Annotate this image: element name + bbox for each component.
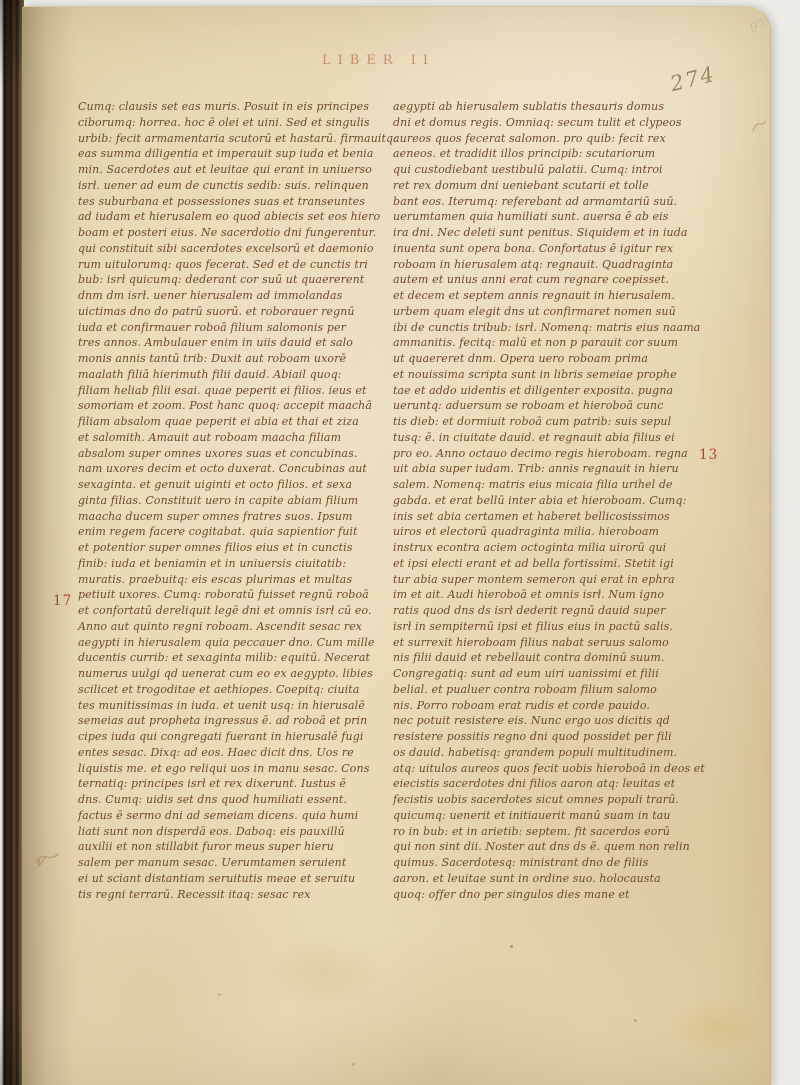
text-line: boam et posteri eius. Ne sacerdotio dni … [78, 225, 400, 241]
text-line: liquistis me. et ego reliqui uos in manu… [78, 761, 400, 777]
text-line: muratis. praebuitq: eis escas plurimas e… [78, 572, 400, 588]
text-line: absalom super omnes uxores suas et concu… [78, 446, 400, 462]
text-line: inis set abia certamen et haberet bellic… [393, 509, 733, 525]
text-line: autem et unius anni erat cum regnare coe… [393, 272, 733, 288]
text-line: aeneos. et tradidit illos principib: scu… [393, 146, 733, 162]
folio-number: 274 [668, 62, 719, 96]
text-line: Anno aut quinto regni roboam. Ascendit s… [78, 619, 400, 635]
parchment-stain [672, 997, 762, 1057]
text-line: uiros et electorū quadraginta milia. hie… [393, 524, 733, 540]
text-line: tres annos. Ambulauer enim in uiis dauid… [78, 335, 400, 351]
text-line: iuda et confirmauer roboā filium salomon… [78, 320, 400, 336]
text-line: qui custodiebant uestibulū palatii. Cumq… [393, 162, 733, 178]
book-binding-edge [0, 0, 24, 1085]
text-line: ei ut sciant distantiam seruitutis meae … [78, 871, 400, 887]
text-line: nec potuit resistere eis. Nunc ergo uos … [393, 713, 733, 729]
text-line: quoq: offer dno per singulos dies mane e… [393, 887, 733, 903]
text-line: urbem quam elegit dns ut confirmaret nom… [393, 304, 733, 320]
text-line: ibi de cunctis tribub: isrł. Nomenq: mat… [393, 320, 733, 336]
text-line: roboam in hierusalem atq: regnauit. Quad… [393, 257, 733, 273]
text-line: auxilii et non stillabit furor meus supe… [78, 839, 400, 855]
text-line: finib: iuda et beniamin et in uniuersis … [78, 556, 400, 572]
text-line: aegypti in hierusalem quia peccauer dno.… [78, 635, 400, 651]
text-line: uictimas dno do patrū suorū. et roboraue… [78, 304, 400, 320]
text-column-left: Cumq: clausis set eas muris. Posuit in e… [78, 99, 400, 902]
text-line: nis. Porro roboam erat rudis et corde pa… [393, 698, 733, 714]
text-line: filiam heliab filii esai. quae peperit e… [78, 383, 400, 399]
text-line: sexaginta. et genuit uiginti et octo fil… [78, 477, 400, 493]
text-line: et ipsi electi erant et ad bella fortiss… [393, 556, 733, 572]
text-line: Cumq: clausis set eas muris. Posuit in e… [78, 99, 400, 115]
text-line: os dauid. habetisq: grandem populi multi… [393, 745, 733, 761]
text-line: ternatiq: principes isrł et rex dixerunt… [78, 776, 400, 792]
text-line: maalath filiā hierimuth filii dauid. Abi… [78, 367, 400, 383]
text-line: qui non sint dii. Noster aut dns ds ē. q… [393, 839, 733, 855]
text-line: resistere possitis regno dni quod possid… [393, 729, 733, 745]
text-line: salem. Nomenq: matris eius micaia filia … [393, 477, 733, 493]
margin-mark-icon [750, 119, 768, 135]
text-line: instrux econtra aciem octoginta milia ui… [393, 540, 733, 556]
text-line: Congregatiq: sunt ad eum uiri uanissimi … [393, 666, 733, 682]
text-line: somoriam et zoom. Post hanc quoq: accepi… [78, 398, 400, 414]
text-line: ammanitis. fecitq: malū et non p parauit… [393, 335, 733, 351]
corner-ink-mark: 97 [748, 17, 767, 35]
text-line: tes suburbana et possessiones suas et tr… [78, 194, 400, 210]
text-line: filiam absalom quae peperit ei abia et t… [78, 414, 400, 430]
text-line: nam uxores decim et octo duxerat. Concub… [78, 461, 400, 477]
text-line: quimus. Sacerdotesq: ministrant dno de f… [393, 855, 733, 871]
text-line: ginta filias. Constituit uero in capite … [78, 493, 400, 509]
text-line: tis regni terrarū. Recessit itaq: sesac … [78, 887, 400, 903]
parchment-stain [262, 937, 382, 1007]
text-line: ret rex domum dni ueniebant scutarii et … [393, 178, 733, 194]
text-line: tis dieb: et dormiuit roboā cum patrib: … [393, 414, 733, 430]
text-line: et salomith. Amauit aut roboam maacha fi… [78, 430, 400, 446]
text-line: et potentior super omnes filios eius et … [78, 540, 400, 556]
text-line: numerus uulgi qd uenerat cum eo ex aegyp… [78, 666, 400, 682]
text-line: ad iudam et hierusalem eo quod abiecis s… [78, 209, 400, 225]
chapter-number-right-margin: 13 [699, 447, 718, 463]
text-line: im et ait. Audi hieroboā et omnis isrł. … [393, 587, 733, 603]
running-title: LIBER II [322, 53, 435, 68]
text-line: et nouissima scripta sunt in libris seme… [393, 367, 733, 383]
text-line: liati sunt non disperdā eos. Daboq: eis … [78, 824, 400, 840]
text-line: enim regem facere cogitabat. quia sapien… [78, 524, 400, 540]
text-line: ueruntq: aduersum se roboam et hieroboā … [393, 398, 733, 414]
text-line: gabda. et erat bellū inter abia et hiero… [393, 493, 733, 509]
text-line: bant eos. Iterumq: referebant ad armamta… [393, 194, 733, 210]
text-line: aureos quos fecerat salomon. pro quib: f… [393, 131, 733, 147]
ink-speck [218, 993, 221, 996]
text-line: aaron. et leuitae sunt in ordine suo. ho… [393, 871, 733, 887]
text-line: uit abia super iudam. Trib: annis regnau… [393, 461, 733, 477]
text-line: et decem et septem annis regnauit in hie… [393, 288, 733, 304]
text-line: inuenta sunt opera bona. Confortatus ē i… [393, 241, 733, 257]
ink-speck [634, 1019, 637, 1022]
text-line: ro in bub: et in arietib: septem. fit sa… [393, 824, 733, 840]
text-line: quicumq: uenerit et initiauerit manū sua… [393, 808, 733, 824]
text-line: isrł in sempiternū ipsi et filius eius i… [393, 619, 733, 635]
text-line: belial. et pualuer contra roboam filium … [393, 682, 733, 698]
text-line: uerumtamen quia humiliati sunt. auersa ē… [393, 209, 733, 225]
text-line: et confortatū dereliquit legē dni et omn… [78, 603, 400, 619]
chapter-number-left-margin: 17 [53, 593, 72, 609]
text-line: atq: uitulos aureos quos fecit uobis hie… [393, 761, 733, 777]
text-line: pro eo. Anno octauo decimo regis hierobo… [393, 446, 733, 462]
text-line: eiecistis sacerdotes dni filios aaron at… [393, 776, 733, 792]
text-line: fecistis uobis sacerdotes sicut omnes po… [393, 792, 733, 808]
text-line: aegypti ab hierusalem sublatis thesauris… [393, 99, 733, 115]
photo-backdrop: LIBER II 274 97 Cumq: clausis set eas mu… [0, 0, 800, 1085]
text-line: ciborumq: horrea. hoc ē olei et uini. Se… [78, 115, 400, 131]
text-line: entes sesac. Dixq: ad eos. Haec dicit dn… [78, 745, 400, 761]
ink-speck [510, 945, 513, 948]
text-line: tae et addo uidentis et diligenter expos… [393, 383, 733, 399]
text-line: scilicet et trogoditae et aethiopes. Coe… [78, 682, 400, 698]
text-line: ducentis currib: et sexaginta milib: equ… [78, 650, 400, 666]
text-line: dni et domus regis. Omniaq: secum tulit … [393, 115, 733, 131]
ink-speck [352, 1063, 355, 1066]
text-line: semeias aut propheta ingressus ē. ad rob… [78, 713, 400, 729]
text-line: rum uitulorumq: quos fecerat. Sed et de … [78, 257, 400, 273]
text-line: petiuit uxores. Cumq: roboratū fuisset r… [78, 587, 400, 603]
text-line: dns. Cumq: uidis set dns quod humiliati … [78, 792, 400, 808]
text-line: eas summa diligentia et imperauit sup iu… [78, 146, 400, 162]
text-line: urbib: fecit armamentaria scutorū et has… [78, 131, 400, 147]
text-line: isrł. uener ad eum de cunctis sedib: sui… [78, 178, 400, 194]
text-line: nis filii dauid et rebellauit contra dom… [393, 650, 733, 666]
text-line: tusq: ē. in ciuitate dauid. et regnauit … [393, 430, 733, 446]
text-line: bub: isrł quicumq: dederant cor suū ut q… [78, 272, 400, 288]
text-line: tur abia super montem semeron qui erat i… [393, 572, 733, 588]
text-line: monis annis tantū trib: Duxit aut roboam… [78, 351, 400, 367]
text-line: maacha ducem super omnes fratres suos. I… [78, 509, 400, 525]
text-line: ira dni. Nec deleti sunt penitus. Siquid… [393, 225, 733, 241]
text-line: et surrexit hieroboam filius nabat seruu… [393, 635, 733, 651]
text-line: ut quaereret dnm. Opera uero roboam prim… [393, 351, 733, 367]
text-line: min. Sacerdotes aut et leuitae qui erant… [78, 162, 400, 178]
text-line: ratis quod dns ds isrł dederit regnū dau… [393, 603, 733, 619]
text-line: tes munitissimas in iuda. et uenit usq: … [78, 698, 400, 714]
text-column-right: aegypti ab hierusalem sublatis thesauris… [393, 99, 733, 902]
margin-scribble-icon [32, 845, 66, 871]
text-line: factus ē sermo dni ad semeiam dicens. qu… [78, 808, 400, 824]
text-line: qui constituit sibi sacerdotes excelsorū… [78, 241, 400, 257]
manuscript-page: LIBER II 274 97 Cumq: clausis set eas mu… [22, 6, 771, 1085]
text-line: dnm dm isrł. uener hierusalem ad immolan… [78, 288, 400, 304]
text-line: salem per manum sesac. Uerumtamen seruie… [78, 855, 400, 871]
text-line: cipes iuda qui congregati fuerant in hie… [78, 729, 400, 745]
